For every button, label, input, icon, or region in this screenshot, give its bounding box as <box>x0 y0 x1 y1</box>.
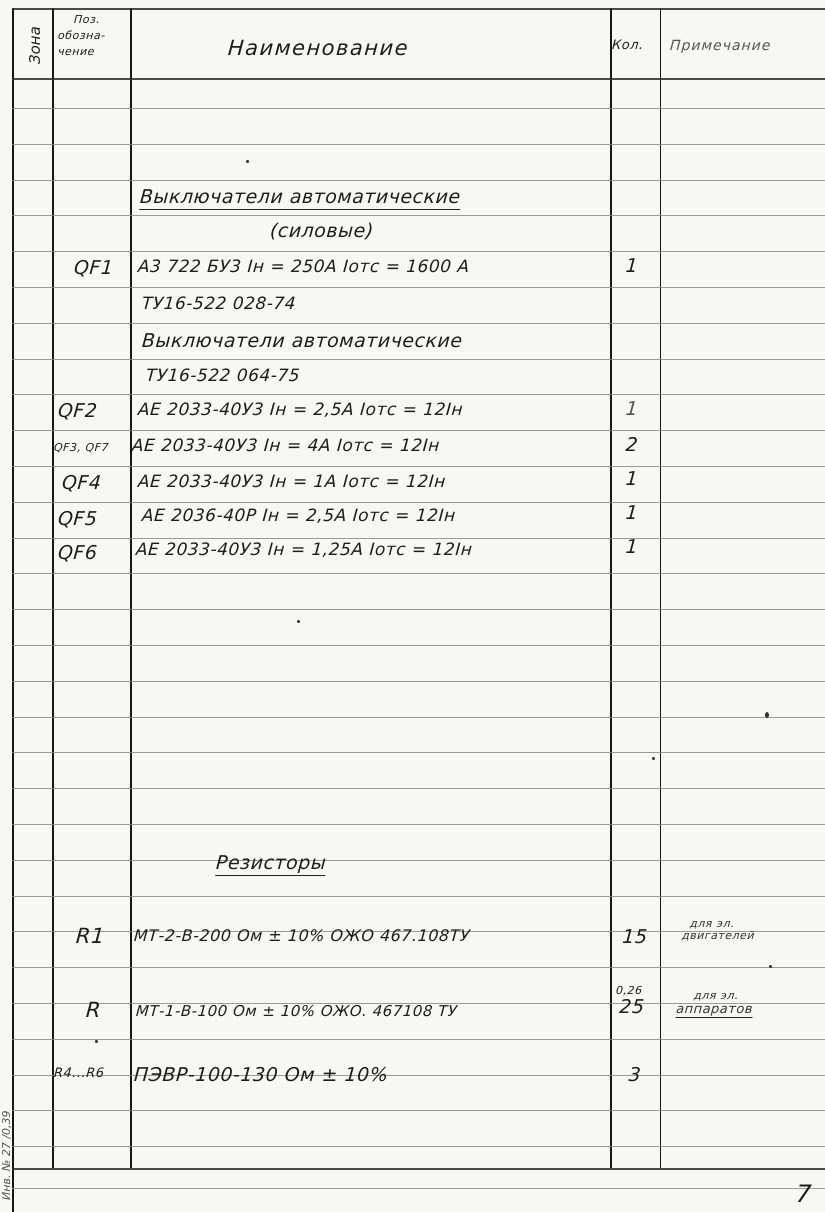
margin-note: Инв. № 27 /0,39 <box>0 1110 13 1200</box>
row-qty: 1 <box>611 255 653 277</box>
ruled-line <box>12 573 825 574</box>
row-qty: 1 <box>611 468 653 490</box>
scan-speck <box>297 620 300 623</box>
scan-speck <box>765 712 769 718</box>
row-qty: 1 <box>611 398 653 420</box>
row-pos: QF1 <box>73 257 114 279</box>
pos-column-rule <box>130 8 132 1168</box>
row-name: АЕ 2033-40У3 Iн = 1,25А Iотс = 12Iн <box>135 540 473 560</box>
zone-column-rule <box>52 8 54 1168</box>
ruled-line <box>12 287 825 288</box>
header-name: Наименование <box>227 36 410 60</box>
ruled-line <box>12 466 825 467</box>
ruled-line <box>12 251 825 252</box>
bottom-rule <box>12 1188 825 1189</box>
row-pos: R4...R6 <box>53 1066 105 1081</box>
ruled-line <box>12 788 825 789</box>
row-pos: QF5 <box>57 508 98 530</box>
specification-sheet: Зона Поз. обозна- чение Наименование Кол… <box>0 0 825 1212</box>
row-qty: 2 <box>611 434 653 456</box>
row-qty: 3 <box>614 1064 656 1086</box>
row-name: ПЭВР-100-130 Ом ± 10% <box>133 1064 389 1086</box>
section-subtitle-tu: ТУ16-522 064-75 <box>145 366 300 386</box>
scan-speck <box>769 965 772 968</box>
ruled-line <box>12 681 825 682</box>
qty-column-rule <box>660 8 661 1168</box>
section-title-breakers-power: Выключатели автоматические <box>139 186 461 210</box>
scan-speck <box>652 757 655 760</box>
ruled-line <box>12 180 825 181</box>
row-name: ТУ16-522 028-74 <box>141 294 296 314</box>
ruled-line <box>12 896 825 897</box>
header-qty: Кол. <box>611 38 644 53</box>
header-bottom-border <box>12 78 825 80</box>
row-name: МТ-1-В-100 Ом ± 10% ОЖО. 467108 ТУ <box>135 1002 458 1020</box>
row-pos: QF2 <box>57 400 98 422</box>
ruled-line <box>12 538 825 539</box>
ruled-line <box>12 967 825 968</box>
ruled-line <box>12 1146 825 1147</box>
row-name: АЕ 2033-40У3 Iн = 4А Iотс = 12Iн <box>131 436 440 456</box>
header-pos-line2: обозна- <box>58 30 106 42</box>
top-border <box>12 8 825 10</box>
row-note-line2: двигателей <box>682 930 756 942</box>
ruled-line <box>12 108 825 109</box>
ruled-line <box>12 1039 825 1040</box>
name-column-rule <box>610 8 612 1168</box>
row-note-line2: аппаратов <box>676 1004 754 1018</box>
ruled-line <box>12 502 825 503</box>
row-pos: R <box>85 998 102 1022</box>
row-name: МТ-2-В-200 Ом ± 10% ОЖО 467.108ТУ <box>133 926 471 945</box>
ruled-line <box>12 323 825 324</box>
ruled-line <box>12 645 825 646</box>
ruled-line <box>12 359 825 360</box>
section-subtitle-power: (силовые) <box>269 220 374 242</box>
row-qty: 1 <box>611 536 653 558</box>
ruled-line <box>12 824 825 825</box>
scan-speck <box>246 160 249 163</box>
row-name: АЕ 2033-40У3 Iн = 2,5А Iотс = 12Iн <box>137 400 464 420</box>
bottom-border <box>12 1168 825 1170</box>
ruled-line <box>12 215 825 216</box>
row-qty: 25 <box>611 996 653 1018</box>
left-border <box>12 8 14 1212</box>
row-pos: QF6 <box>57 542 98 564</box>
header-pos-line1: Поз. <box>74 14 101 26</box>
row-qty: 15 <box>614 926 656 948</box>
row-name: А3 722 БУ3 Iн = 250А Iотс = 1600 А <box>137 257 470 277</box>
row-name: АЕ 2036-40Р Iн = 2,5А Iотс = 12Iн <box>141 506 456 526</box>
row-pos: QF3, QF7 <box>54 441 110 454</box>
section-title-resistors: Резисторы <box>215 852 327 876</box>
ruled-line <box>12 717 825 718</box>
row-name: АЕ 2033-40У3 Iн = 1А Iотс = 12Iн <box>137 472 446 492</box>
header-pos-line3: чение <box>58 46 96 58</box>
row-pos: R1 <box>75 924 106 948</box>
section-title-breakers: Выключатели автоматические <box>141 330 463 352</box>
ruled-line <box>12 752 825 753</box>
ruled-line <box>12 430 825 431</box>
ruled-line <box>12 860 825 861</box>
header-zone: Зона <box>26 26 44 64</box>
scan-speck <box>95 1040 98 1043</box>
header-note: Примечание <box>669 38 772 54</box>
page-number: 7 <box>795 1180 813 1208</box>
row-note-line1: для эл. <box>694 990 740 1002</box>
row-qty: 1 <box>611 502 653 524</box>
ruled-line <box>12 144 825 145</box>
row-pos: QF4 <box>61 472 102 494</box>
ruled-line <box>12 1110 825 1111</box>
ruled-line <box>12 394 825 395</box>
ruled-line <box>12 609 825 610</box>
